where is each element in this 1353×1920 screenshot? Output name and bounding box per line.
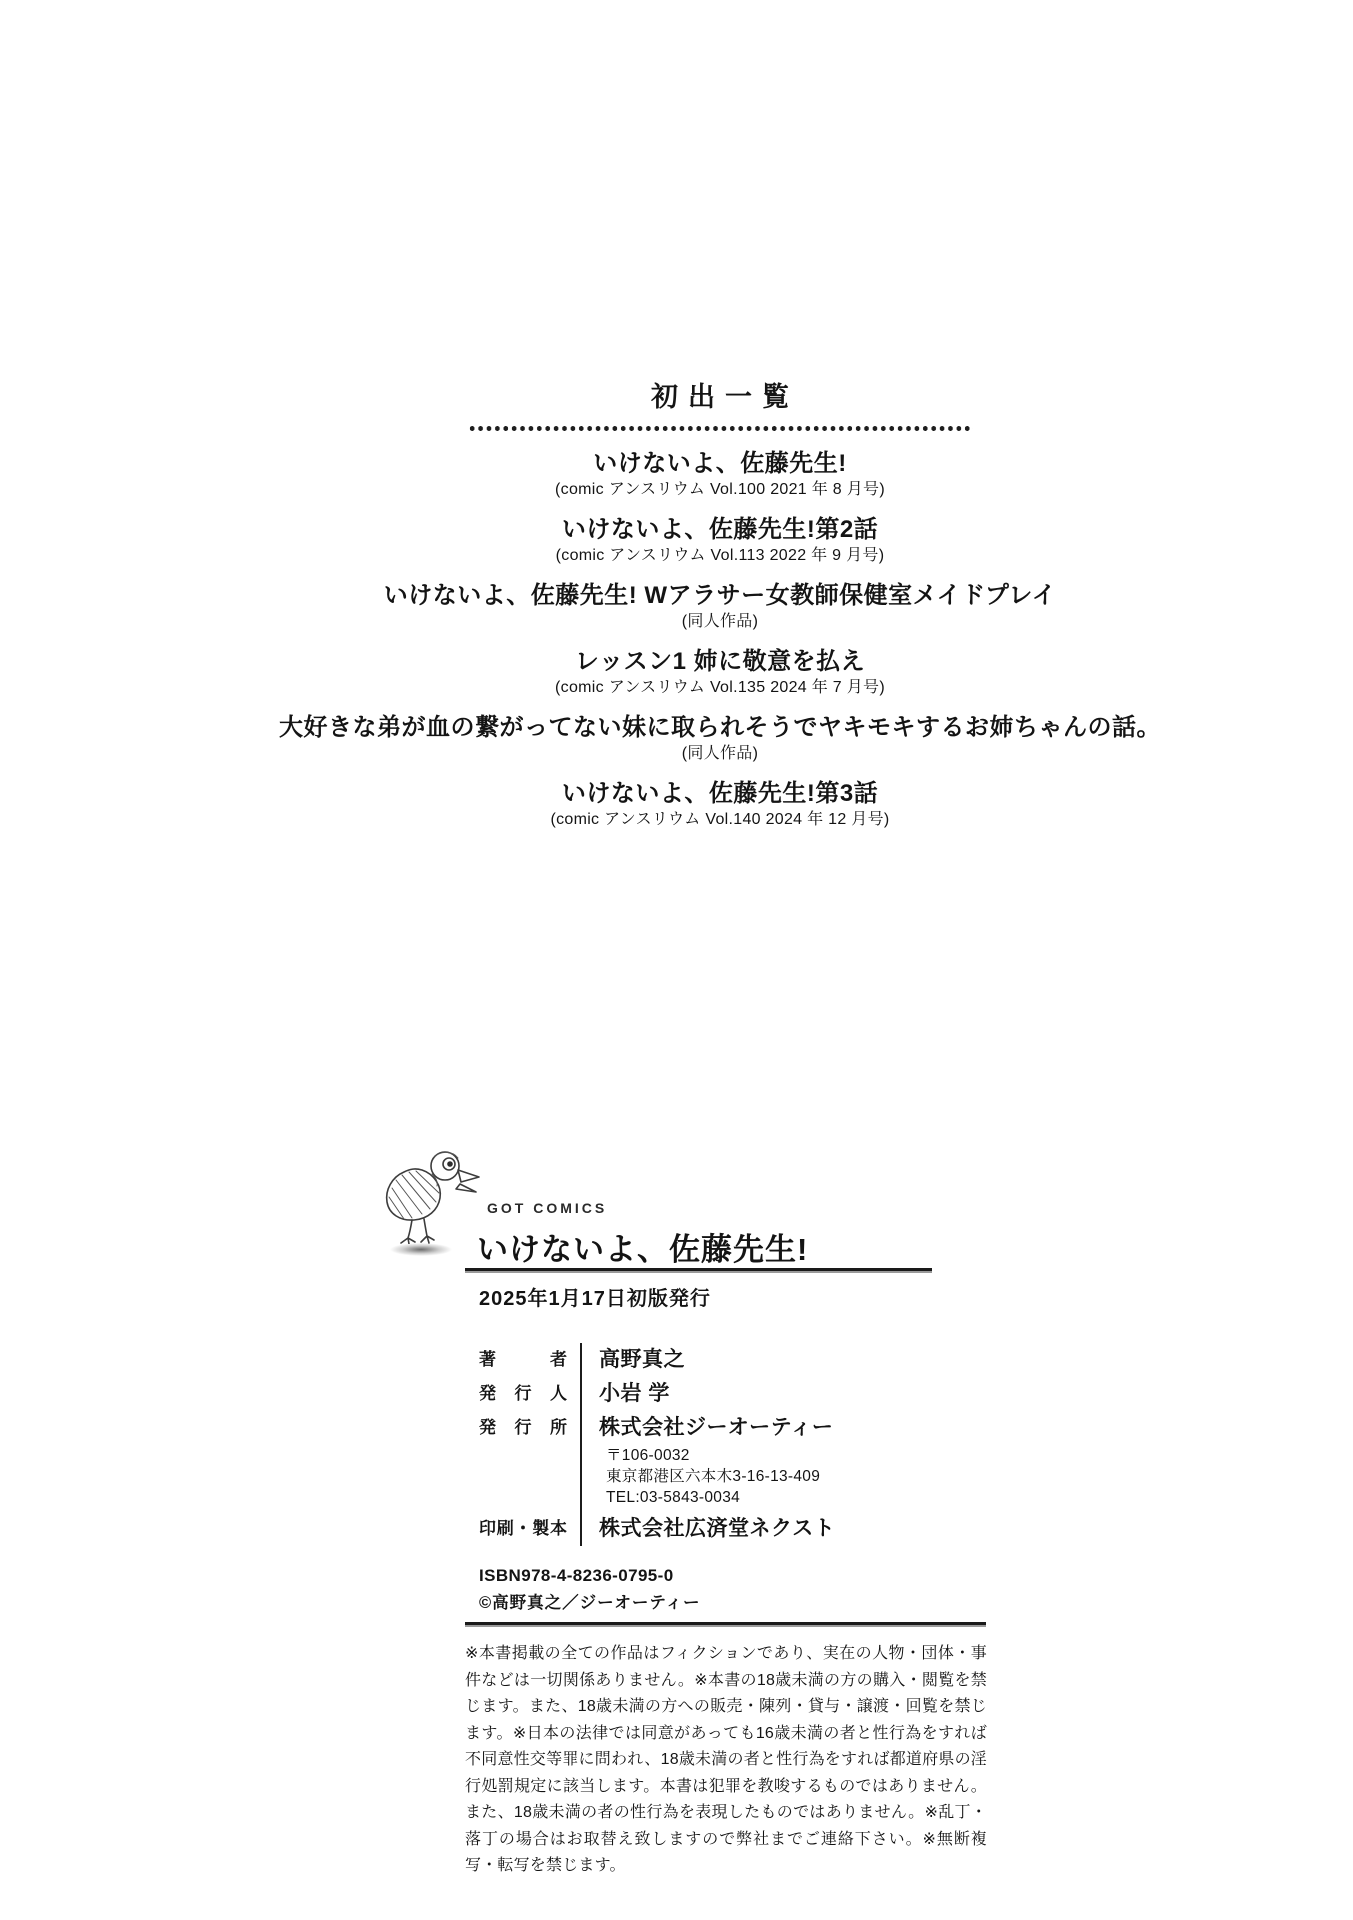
credit-row-publisher-company: 発行所 株式会社ジーオーティー 〒106-0032 東京都港区六本木3-16-1… — [479, 1411, 835, 1512]
title-underline — [465, 1268, 932, 1273]
disclaimer-text: ※本書掲載の全ての作品はフィクションであり、実在の人物・団体・事件などは一切関係… — [465, 1641, 987, 1880]
credit-value: 株式会社広済堂ネクスト — [580, 1512, 835, 1546]
publication-source: (comic アンスリウム Vol.100 2021 年 8 月号) — [127, 480, 1313, 499]
address: 東京都港区六本木3-16-13-409 — [606, 1466, 833, 1487]
list-item: いけないよ、佐藤先生! Wアラサー女教師保健室メイドプレイ (同人作品) — [127, 582, 1313, 631]
list-item: レッスン1 姉に敬意を払え (comic アンスリウム Vol.135 2024… — [127, 648, 1313, 697]
publication-title: いけないよ、佐藤先生! — [127, 450, 1313, 477]
credit-role: 発行人 — [479, 1377, 567, 1411]
book-title: いけないよ、佐藤先生! — [477, 1224, 808, 1269]
first-publication-section: 初出一覧 いけないよ、佐藤先生! (comic アンスリウム Vol.100 2… — [127, 383, 1313, 846]
credit-value: 小岩 学 — [580, 1377, 670, 1411]
publication-title: いけないよ、佐藤先生! Wアラサー女教師保健室メイドプレイ — [127, 582, 1313, 609]
credit-row-author: 著者 高野真之 — [479, 1343, 835, 1377]
credit-value: 株式会社ジーオーティー 〒106-0032 東京都港区六本木3-16-13-40… — [580, 1411, 833, 1512]
publisher-details: 〒106-0032 東京都港区六本木3-16-13-409 TEL:03-584… — [599, 1445, 833, 1512]
bird-shadow — [390, 1243, 452, 1256]
list-item: いけないよ、佐藤先生! (comic アンスリウム Vol.100 2021 年… — [127, 450, 1313, 499]
book-colophon-page: 初出一覧 いけないよ、佐藤先生! (comic アンスリウム Vol.100 2… — [0, 0, 1353, 1920]
publication-title: いけないよ、佐藤先生!第3話 — [127, 780, 1313, 807]
publication-title: いけないよ、佐藤先生!第2話 — [127, 516, 1313, 543]
dotted-divider — [468, 426, 973, 431]
credit-row-printer: 印刷・製本 株式会社広済堂ネクスト — [479, 1512, 835, 1546]
credit-value: 高野真之 — [580, 1343, 685, 1377]
publication-source: (同人作品) — [127, 612, 1313, 631]
publication-list: いけないよ、佐藤先生! (comic アンスリウム Vol.100 2021 年… — [127, 450, 1313, 829]
publication-title: 大好きな弟が血の繋がってない妹に取られそうでヤキモキするお姉ちゃんの話。 — [127, 714, 1313, 741]
credit-row-publisher-person: 発行人 小岩 学 — [479, 1377, 835, 1411]
copyright: ©高野真之／ジーオーティー — [479, 1589, 701, 1613]
credit-role: 発行所 — [479, 1411, 567, 1512]
postal-code: 〒106-0032 — [606, 1445, 833, 1466]
edition-date: 2025年1月17日初版発行 — [479, 1282, 711, 1311]
section-title: 初出一覧 — [137, 383, 1313, 411]
publication-source: (comic アンスリウム Vol.135 2024 年 7 月号) — [127, 678, 1313, 697]
imprint-label: GOT COMICS — [487, 1200, 607, 1216]
credit-role: 印刷・製本 — [479, 1512, 567, 1546]
phone: TEL:03-5843-0034 — [606, 1487, 833, 1508]
publication-source: (comic アンスリウム Vol.113 2022 年 9 月号) — [127, 546, 1313, 565]
publication-title: レッスン1 姉に敬意を払え — [127, 648, 1313, 675]
list-item: いけないよ、佐藤先生!第2話 (comic アンスリウム Vol.113 202… — [127, 516, 1313, 565]
credit-role: 著者 — [479, 1343, 567, 1377]
list-item: いけないよ、佐藤先生!第3話 (comic アンスリウム Vol.140 202… — [127, 780, 1313, 829]
divider-line — [465, 1622, 986, 1627]
isbn: ISBN978-4-8236-0795-0 — [479, 1566, 674, 1586]
publisher-name: 株式会社ジーオーティー — [599, 1411, 833, 1445]
hand-drawn-bird-icon — [382, 1146, 492, 1244]
credits-table: 著者 高野真之 発行人 小岩 学 発行所 株式会社ジーオーティー 〒106-00… — [479, 1343, 835, 1546]
list-item: 大好きな弟が血の繋がってない妹に取られそうでヤキモキするお姉ちゃんの話。 (同人… — [127, 714, 1313, 763]
publication-source: (comic アンスリウム Vol.140 2024 年 12 月号) — [127, 810, 1313, 829]
publication-source: (同人作品) — [127, 744, 1313, 763]
